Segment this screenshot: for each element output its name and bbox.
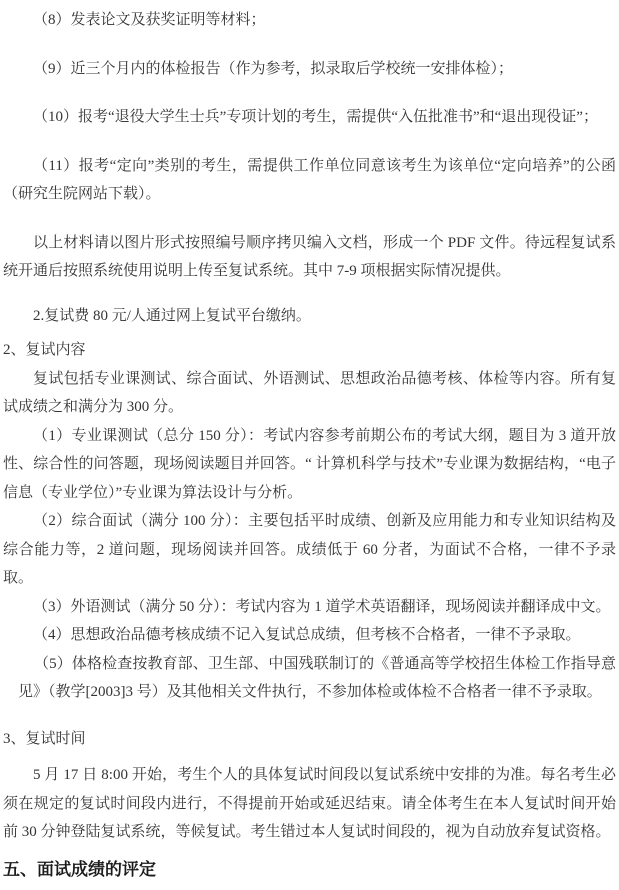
para-review-time-details: 5 月 17 日 8:00 开始，考生个人的具体复试时间段以复试系统中安排的为准… — [3, 761, 616, 847]
para-material-item-11: （11）报考“定向”类别的考生，需提供工作单位同意该考生为该单位“定向培养”的公… — [3, 152, 616, 209]
section-heading-review-content: 2、复试内容 — [3, 336, 616, 365]
para-foreign-language-test: （3）外语测试（满分 50 分）：考试内容为 1 道学术英语翻译，现场阅读并翻译… — [3, 593, 616, 622]
para-material-item-9: （9）近三个月内的体检报告（作为参考，拟录取后学校统一安排体检）； — [3, 55, 616, 84]
section-heading-review-time: 3、复试时间 — [3, 725, 616, 754]
para-physical-examination: （5）体格检查按教育部、卫生部、中国残联制订的《普通高等学校招生体检工作指导意见… — [3, 650, 616, 707]
para-review-overview: 复试包括专业课测试、综合面试、外语测试、思想政治品德考核、体检等内容。所有复试成… — [3, 365, 616, 422]
para-material-item-10: （10）报考“退役大学生士兵”专项计划的考生，需提供“入伍批准书”和“退出现役证… — [3, 103, 616, 132]
document-page: （8）发表论文及获奖证明等材料； （9）近三个月内的体检报告（作为参考，拟录取后… — [0, 0, 619, 890]
section-heading-interview-score-evaluation: 五、面试成绩的评定 — [3, 855, 616, 885]
para-political-assessment: （4）思想政治品德考核成绩不记入复试总成绩，但考核不合格者，一律不予录取。 — [3, 621, 616, 650]
para-material-item-8: （8）发表论文及获奖证明等材料； — [3, 6, 616, 35]
para-upload-instructions: 以上材料请以图片形式按照编号顺序拷贝编入文档，形成一个 PDF 文件。待远程复试… — [3, 229, 616, 286]
para-professional-course-test: （1）专业课测试（总分 150 分）：考试内容参考前期公布的考试大纲，题目为 3… — [3, 422, 616, 508]
para-comprehensive-interview: （2）综合面试（满分 100 分）：主要包括平时成绩、创新及应用能力和专业知识结… — [3, 507, 616, 593]
para-review-fee: 2.复试费 80 元/人通过网上复试平台缴纳。 — [3, 302, 616, 331]
